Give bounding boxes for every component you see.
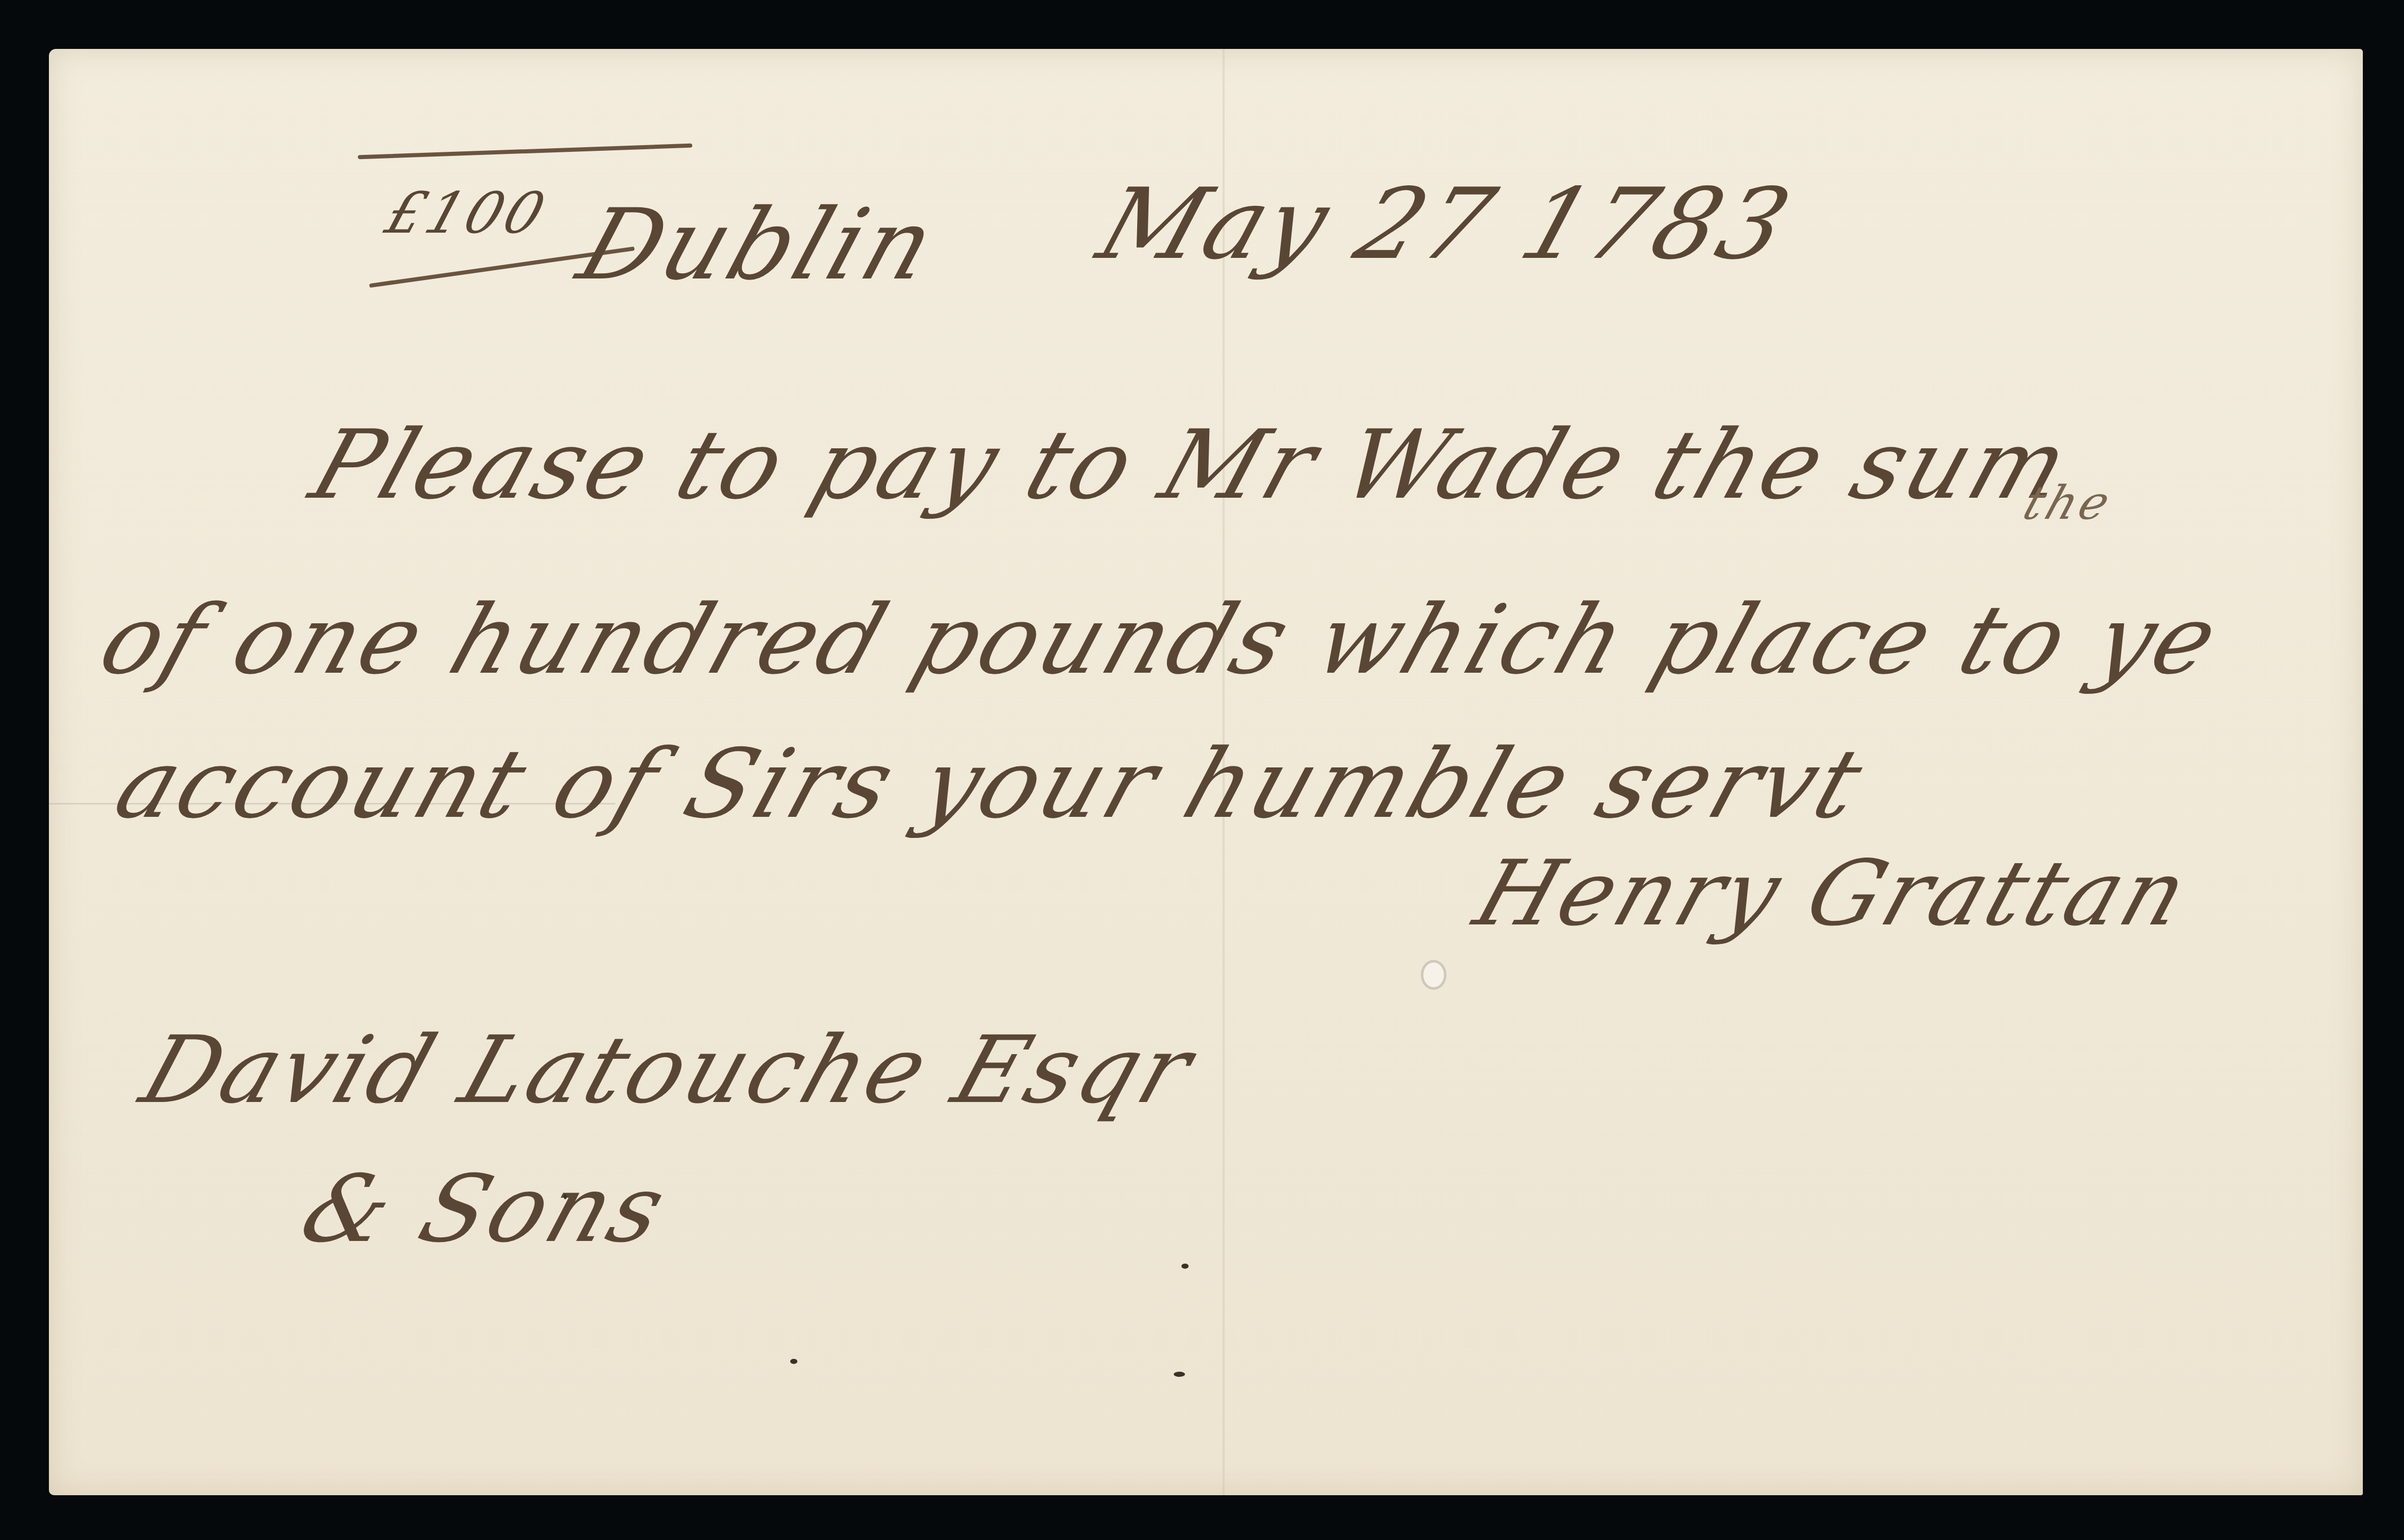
body-line-2: of one hundred pounds which place to ye — [88, 584, 2234, 695]
document-paper: £100 Dublin May 27 1783 Please to pay to… — [49, 49, 2363, 1495]
paper-hole — [1421, 960, 1447, 990]
ink-speck — [1181, 1264, 1189, 1269]
ink-speck — [1174, 1372, 1185, 1377]
body-line-1: Please to pay to Mr Wade the sum — [299, 409, 2084, 520]
interlinear-insert: the — [2017, 476, 2120, 530]
amount: £100 — [378, 180, 556, 246]
addressee-line-1: David Latouche Esqr — [129, 1017, 1207, 1124]
ink-speck — [564, 1194, 567, 1199]
amount-rule-top — [358, 144, 692, 160]
place-of-issue: Dublin — [566, 188, 951, 302]
signature: Henry Grattan — [1463, 842, 2202, 946]
body-line-3: account of Sirs your humble servt — [103, 728, 1878, 839]
addressee-line-2: & Sons — [289, 1156, 681, 1263]
ink-speck — [790, 1359, 797, 1364]
issue-date: May 27 1783 — [1086, 167, 1806, 281]
